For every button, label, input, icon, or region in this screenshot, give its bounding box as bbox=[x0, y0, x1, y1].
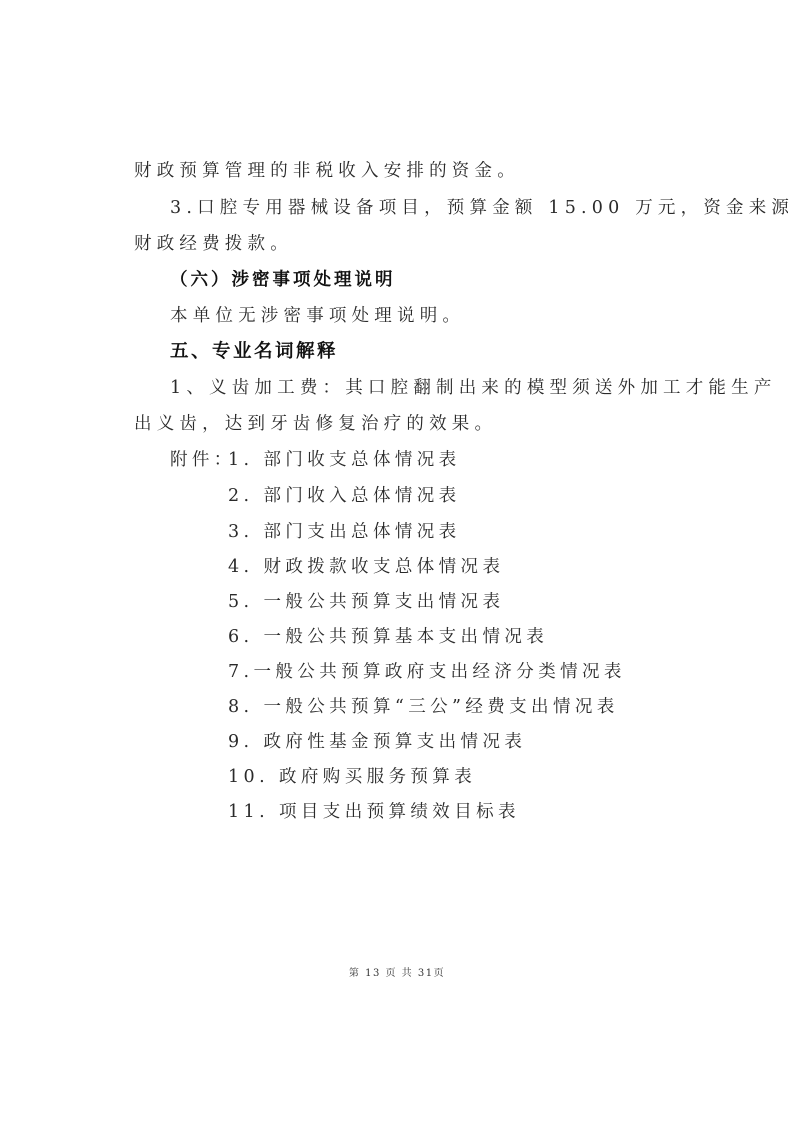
attachment-item: 10. 政府购买服务预算表 bbox=[228, 765, 476, 789]
attachment-item: 2. 部门收入总体情况表 bbox=[228, 484, 461, 508]
page-number-footer: 第 13 页 共 31页 bbox=[0, 964, 794, 979]
project-3-line-1: 3.口腔专用器械设备项目，预算金额 15.00 万元，资金来源为 bbox=[170, 196, 794, 220]
project-3-line-2: 财政经费拨款。 bbox=[134, 232, 293, 256]
attachment-item: 1. 部门收支总体情况表 bbox=[228, 448, 461, 472]
attachment-item: 8. 一般公共预算“三公”经费支出情况表 bbox=[228, 695, 619, 719]
attachment-item: 9. 政府性基金预算支出情况表 bbox=[228, 730, 526, 754]
paragraph-continuation: 财政预算管理的非税收入安排的资金。 bbox=[134, 159, 520, 183]
attachments-label: 附件： bbox=[170, 448, 236, 472]
attachment-item: 11. 项目支出预算绩效目标表 bbox=[228, 800, 520, 824]
attachment-item: 4. 财政拨款收支总体情况表 bbox=[228, 555, 504, 579]
attachment-item: 3. 部门支出总体情况表 bbox=[228, 520, 461, 544]
section-6-heading: （六）涉密事项处理说明 bbox=[170, 268, 396, 292]
term-1-line-1: 1、义齿加工费：其口腔翻制出来的模型须送外加工才能生产 bbox=[170, 376, 777, 400]
attachment-item: 5. 一般公共预算支出情况表 bbox=[228, 590, 504, 614]
term-1-line-2: 出义齿，达到牙齿修复治疗的效果。 bbox=[134, 412, 497, 436]
attachment-item: 6. 一般公共预算基本支出情况表 bbox=[228, 625, 548, 649]
section-6-text: 本单位无涉密事项处理说明。 bbox=[170, 304, 465, 328]
attachment-item: 7.一般公共预算政府支出经济分类情况表 bbox=[228, 660, 626, 684]
chapter-5-heading: 五、专业名词解释 bbox=[170, 340, 338, 364]
